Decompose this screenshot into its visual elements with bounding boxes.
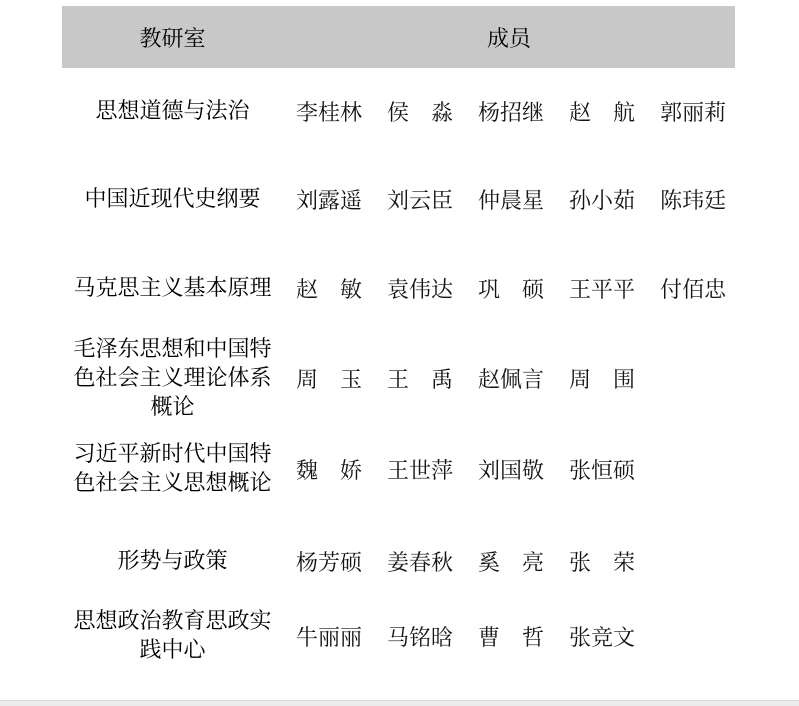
member-name: 张恒硕 (569, 454, 635, 485)
bottom-edge-strip (0, 700, 799, 706)
teaching-office-roster-table: 教研室 成员 思想道德与法治 李桂林侯 淼杨招继赵 航郭丽莉 中国近现代史纲要 … (62, 6, 735, 665)
member-name: 曹 哲 (478, 621, 544, 652)
member-name: 李桂林 (296, 96, 362, 127)
member-name: 周 玉 (296, 363, 362, 394)
member-name: 奚 亮 (478, 546, 544, 577)
dept-name: 习近平新时代中国特色社会主义思想概论 (62, 423, 283, 515)
dept-name: 思想政治教育思政实践中心 (62, 607, 283, 665)
member-name: 刘国敬 (478, 454, 544, 485)
dept-name: 马克思主义基本原理 (62, 243, 283, 333)
member-name: 巩 硕 (478, 273, 544, 304)
table-row: 马克思主义基本原理 赵 敏袁伟达巩 硕王平平付佰忠 (62, 243, 735, 333)
member-name: 刘云臣 (387, 184, 453, 215)
table-row: 形势与政策 杨芳硕姜春秋奚 亮张 荣 (62, 515, 735, 607)
member-name: 袁伟达 (387, 273, 453, 304)
member-name: 付佰忠 (660, 273, 726, 304)
member-name: 赵 敏 (296, 273, 362, 304)
member-name: 王世萍 (387, 454, 453, 485)
member-name: 王平平 (569, 273, 635, 304)
member-name: 张竞文 (569, 621, 635, 652)
members-list: 李桂林侯 淼杨招继赵 航郭丽莉 (283, 68, 735, 155)
member-name: 杨招继 (478, 96, 544, 127)
member-name: 张 荣 (569, 546, 635, 577)
header-dept: 教研室 (62, 6, 283, 68)
member-name: 仲晨星 (478, 184, 544, 215)
members-list: 牛丽丽马铭晗曹 哲张竞文 (283, 607, 735, 665)
members-list: 魏 娇王世萍刘国敬张恒硕 (283, 423, 735, 515)
members-list: 杨芳硕姜春秋奚 亮张 荣 (283, 515, 735, 607)
table-row: 中国近现代史纲要 刘露遥刘云臣仲晨星孙小茹陈玮廷 (62, 155, 735, 243)
dept-name: 毛泽东思想和中国特色社会主义理论体系概论 (62, 333, 283, 423)
member-name: 杨芳硕 (296, 546, 362, 577)
member-name: 姜春秋 (387, 546, 453, 577)
member-name: 侯 淼 (387, 96, 453, 127)
member-name: 刘露遥 (296, 184, 362, 215)
member-name: 牛丽丽 (296, 621, 362, 652)
member-name: 赵佩言 (478, 363, 544, 394)
member-name: 郭丽莉 (660, 96, 726, 127)
members-list: 周 玉王 禹赵佩言周 围 (283, 333, 735, 423)
member-name: 马铭晗 (387, 621, 453, 652)
member-name: 孙小茹 (569, 184, 635, 215)
table-row: 思想政治教育思政实践中心 牛丽丽马铭晗曹 哲张竞文 (62, 607, 735, 665)
member-name: 魏 娇 (296, 454, 362, 485)
dept-name: 思想道德与法治 (62, 68, 283, 155)
table-row: 习近平新时代中国特色社会主义思想概论 魏 娇王世萍刘国敬张恒硕 (62, 423, 735, 515)
member-name: 陈玮廷 (660, 184, 726, 215)
member-name: 周 围 (569, 363, 635, 394)
table-header-row: 教研室 成员 (62, 6, 735, 68)
table-row: 思想道德与法治 李桂林侯 淼杨招继赵 航郭丽莉 (62, 68, 735, 155)
member-name: 王 禹 (387, 363, 453, 394)
members-list: 赵 敏袁伟达巩 硕王平平付佰忠 (283, 243, 735, 333)
table-row: 毛泽东思想和中国特色社会主义理论体系概论 周 玉王 禹赵佩言周 围 (62, 333, 735, 423)
header-members: 成员 (283, 6, 735, 68)
dept-name: 中国近现代史纲要 (62, 155, 283, 243)
dept-name: 形势与政策 (62, 515, 283, 607)
members-list: 刘露遥刘云臣仲晨星孙小茹陈玮廷 (283, 155, 735, 243)
member-name: 赵 航 (569, 96, 635, 127)
